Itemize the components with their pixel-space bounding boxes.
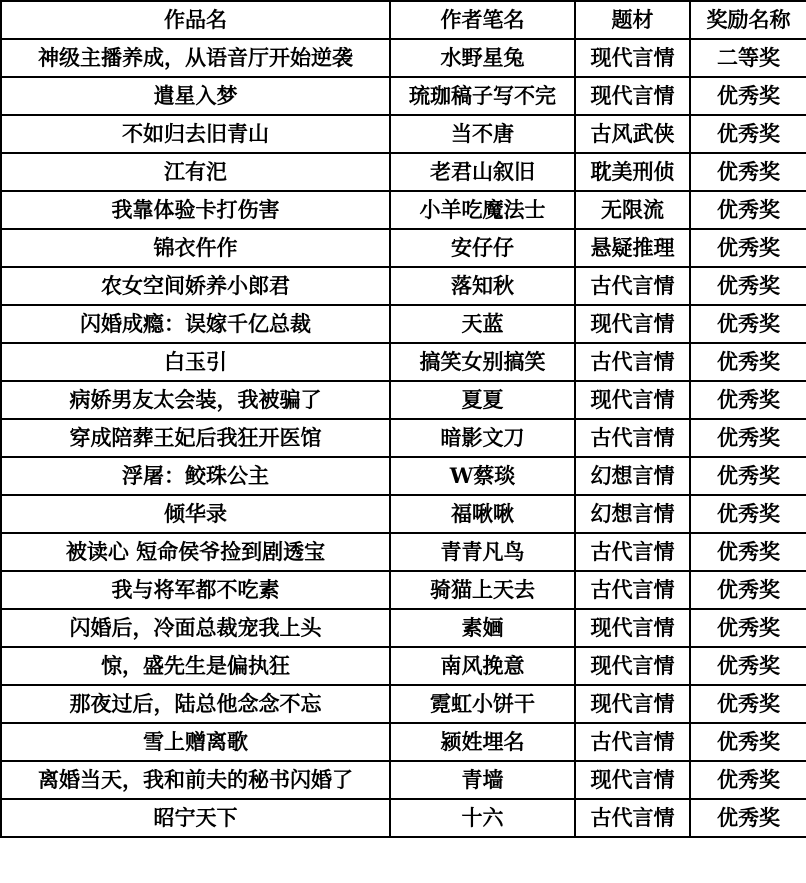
- cell-award: 优秀奖: [690, 77, 806, 115]
- cell-work-title: 江有汜: [1, 153, 390, 191]
- cell-genre: 幻想言情: [575, 457, 690, 495]
- cell-award: 优秀奖: [690, 571, 806, 609]
- cell-genre: 古风武侠: [575, 115, 690, 153]
- cell-author: 十六: [390, 799, 575, 837]
- table-header-row: 作品名 作者笔名 题材 奖励名称: [1, 1, 806, 39]
- cell-author: 天蓝: [390, 305, 575, 343]
- cell-author: 落知秋: [390, 267, 575, 305]
- cell-author: 安仔仔: [390, 229, 575, 267]
- table-row: 雪上赠离歌 颍姓埋名 古代言情 优秀奖: [1, 723, 806, 761]
- cell-author: 当不唐: [390, 115, 575, 153]
- table-row: 穿成陪葬王妃后我狂开医馆 暗影文刀 古代言情 优秀奖: [1, 419, 806, 457]
- table-row: 白玉引 搞笑女别搞笑 古代言情 优秀奖: [1, 343, 806, 381]
- cell-work-title: 闪婚后，冷面总裁宠我上头: [1, 609, 390, 647]
- cell-genre: 无限流: [575, 191, 690, 229]
- cell-author: 骑猫上天去: [390, 571, 575, 609]
- cell-genre: 现代言情: [575, 761, 690, 799]
- cell-award: 优秀奖: [690, 495, 806, 533]
- cell-genre: 幻想言情: [575, 495, 690, 533]
- cell-author: 老君山叙旧: [390, 153, 575, 191]
- cell-author: 青青凡鸟: [390, 533, 575, 571]
- cell-genre: 古代言情: [575, 799, 690, 837]
- cell-work-title: 雪上赠离歌: [1, 723, 390, 761]
- cell-work-title: 农女空间娇养小郎君: [1, 267, 390, 305]
- cell-work-title: 我靠体验卡打伤害: [1, 191, 390, 229]
- table-row: 离婚当天，我和前夫的秘书闪婚了 青墙 现代言情 优秀奖: [1, 761, 806, 799]
- table-row: 被读心 短命侯爷捡到剧透宝 青青凡鸟 古代言情 优秀奖: [1, 533, 806, 571]
- cell-author: 搞笑女别搞笑: [390, 343, 575, 381]
- cell-genre: 现代言情: [575, 77, 690, 115]
- cell-work-title: 不如归去旧青山: [1, 115, 390, 153]
- cell-award: 优秀奖: [690, 761, 806, 799]
- cell-author: 霓虹小饼干: [390, 685, 575, 723]
- cell-award: 优秀奖: [690, 267, 806, 305]
- cell-award: 优秀奖: [690, 647, 806, 685]
- table-row: 遣星入梦 琉珈稿子写不完 现代言情 优秀奖: [1, 77, 806, 115]
- cell-award: 优秀奖: [690, 533, 806, 571]
- cell-author: W蔡琰: [390, 457, 575, 495]
- cell-genre: 现代言情: [575, 647, 690, 685]
- cell-award: 优秀奖: [690, 457, 806, 495]
- cell-author: 颍姓埋名: [390, 723, 575, 761]
- cell-award: 优秀奖: [690, 305, 806, 343]
- cell-work-title: 浮屠：鲛珠公主: [1, 457, 390, 495]
- cell-genre: 古代言情: [575, 723, 690, 761]
- cell-genre: 现代言情: [575, 685, 690, 723]
- table-row: 农女空间娇养小郎君 落知秋 古代言情 优秀奖: [1, 267, 806, 305]
- cell-genre: 现代言情: [575, 39, 690, 77]
- cell-genre: 古代言情: [575, 533, 690, 571]
- table-row: 不如归去旧青山 当不唐 古风武侠 优秀奖: [1, 115, 806, 153]
- table-row: 闪婚成瘾：误嫁千亿总裁 天蓝 现代言情 优秀奖: [1, 305, 806, 343]
- table-row: 闪婚后，冷面总裁宠我上头 素婳 现代言情 优秀奖: [1, 609, 806, 647]
- cell-author: 夏夏: [390, 381, 575, 419]
- cell-work-title: 锦衣仵作: [1, 229, 390, 267]
- cell-work-title: 神级主播养成，从语音厅开始逆袭: [1, 39, 390, 77]
- header-genre: 题材: [575, 1, 690, 39]
- cell-award: 优秀奖: [690, 153, 806, 191]
- cell-genre: 现代言情: [575, 609, 690, 647]
- awards-table: 作品名 作者笔名 题材 奖励名称 神级主播养成，从语音厅开始逆袭 水野星兔 现代…: [0, 0, 806, 838]
- cell-author: 福啾啾: [390, 495, 575, 533]
- cell-genre: 古代言情: [575, 267, 690, 305]
- table-row: 浮屠：鲛珠公主 W蔡琰 幻想言情 优秀奖: [1, 457, 806, 495]
- cell-award: 优秀奖: [690, 723, 806, 761]
- table-row: 神级主播养成，从语音厅开始逆袭 水野星兔 现代言情 二等奖: [1, 39, 806, 77]
- table-row: 锦衣仵作 安仔仔 悬疑推理 优秀奖: [1, 229, 806, 267]
- cell-award: 优秀奖: [690, 381, 806, 419]
- cell-award: 优秀奖: [690, 419, 806, 457]
- cell-award: 二等奖: [690, 39, 806, 77]
- cell-genre: 古代言情: [575, 419, 690, 457]
- header-work-title: 作品名: [1, 1, 390, 39]
- cell-work-title: 离婚当天，我和前夫的秘书闪婚了: [1, 761, 390, 799]
- cell-work-title: 病娇男友太会装，我被骗了: [1, 381, 390, 419]
- table-row: 我靠体验卡打伤害 小羊吃魔法士 无限流 优秀奖: [1, 191, 806, 229]
- cell-author: 水野星兔: [390, 39, 575, 77]
- cell-genre: 现代言情: [575, 305, 690, 343]
- table-row: 江有汜 老君山叙旧 耽美刑侦 优秀奖: [1, 153, 806, 191]
- cell-award: 优秀奖: [690, 343, 806, 381]
- cell-author: 青墙: [390, 761, 575, 799]
- cell-work-title: 那夜过后，陆总他念念不忘: [1, 685, 390, 723]
- cell-author: 琉珈稿子写不完: [390, 77, 575, 115]
- cell-award: 优秀奖: [690, 229, 806, 267]
- cell-award: 优秀奖: [690, 115, 806, 153]
- cell-work-title: 倾华录: [1, 495, 390, 533]
- cell-award: 优秀奖: [690, 191, 806, 229]
- cell-work-title: 遣星入梦: [1, 77, 390, 115]
- cell-genre: 悬疑推理: [575, 229, 690, 267]
- cell-author: 暗影文刀: [390, 419, 575, 457]
- cell-award: 优秀奖: [690, 799, 806, 837]
- table-row: 惊，盛先生是偏执狂 南风挽意 现代言情 优秀奖: [1, 647, 806, 685]
- cell-author: 小羊吃魔法士: [390, 191, 575, 229]
- cell-work-title: 惊，盛先生是偏执狂: [1, 647, 390, 685]
- cell-work-title: 被读心 短命侯爷捡到剧透宝: [1, 533, 390, 571]
- cell-award: 优秀奖: [690, 685, 806, 723]
- cell-genre: 现代言情: [575, 381, 690, 419]
- cell-author: 素婳: [390, 609, 575, 647]
- cell-work-title: 昭宁天下: [1, 799, 390, 837]
- table-row: 倾华录 福啾啾 幻想言情 优秀奖: [1, 495, 806, 533]
- header-author-penname: 作者笔名: [390, 1, 575, 39]
- table-row: 那夜过后，陆总他念念不忘 霓虹小饼干 现代言情 优秀奖: [1, 685, 806, 723]
- cell-work-title: 闪婚成瘾：误嫁千亿总裁: [1, 305, 390, 343]
- table-row: 我与将军都不吃素 骑猫上天去 古代言情 优秀奖: [1, 571, 806, 609]
- table-row: 昭宁天下 十六 古代言情 优秀奖: [1, 799, 806, 837]
- table-row: 病娇男友太会装，我被骗了 夏夏 现代言情 优秀奖: [1, 381, 806, 419]
- cell-genre: 耽美刑侦: [575, 153, 690, 191]
- cell-author: 南风挽意: [390, 647, 575, 685]
- header-award-name: 奖励名称: [690, 1, 806, 39]
- cell-work-title: 穿成陪葬王妃后我狂开医馆: [1, 419, 390, 457]
- cell-work-title: 我与将军都不吃素: [1, 571, 390, 609]
- cell-award: 优秀奖: [690, 609, 806, 647]
- cell-genre: 古代言情: [575, 571, 690, 609]
- cell-work-title: 白玉引: [1, 343, 390, 381]
- cell-genre: 古代言情: [575, 343, 690, 381]
